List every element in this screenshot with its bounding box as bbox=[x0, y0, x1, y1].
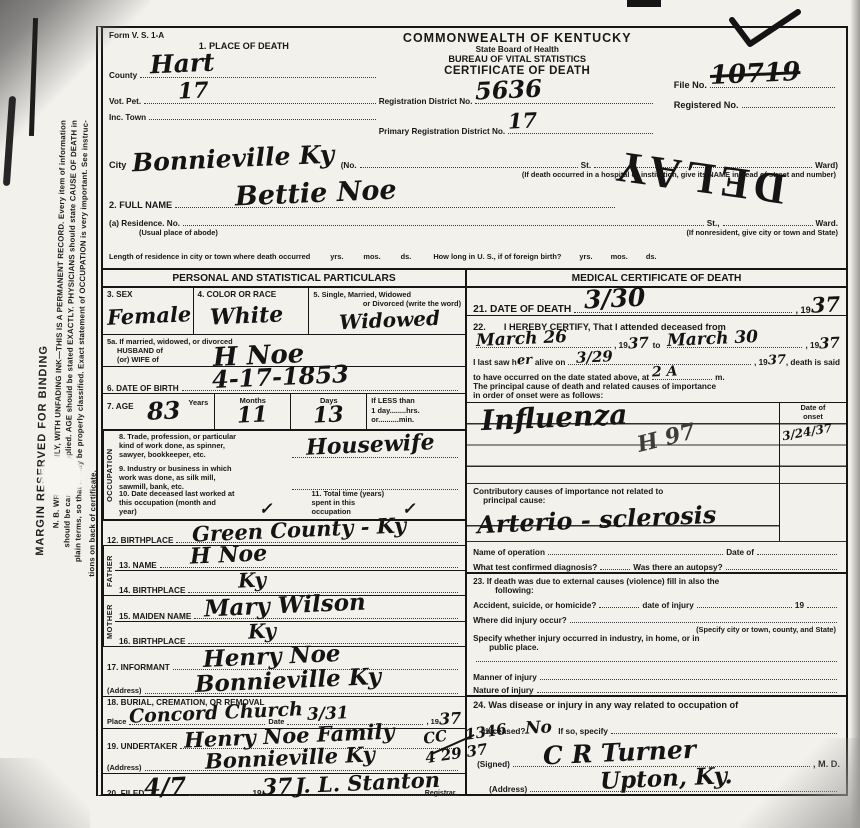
age-label: 7. AGE bbox=[107, 402, 134, 411]
test-autopsy-row: What test confirmed diagnosis? Was there… bbox=[467, 557, 846, 574]
length-mos: mos. bbox=[363, 252, 380, 261]
city-no-fill bbox=[360, 167, 578, 168]
age-months-cell: Months 11 bbox=[215, 394, 291, 428]
father-birthplace-fill: Ky bbox=[188, 571, 458, 593]
total-time-label2: spent in this bbox=[312, 498, 402, 507]
last-worked-label2: this occupation (month and bbox=[119, 498, 259, 507]
registrar-label: Registrar. bbox=[425, 790, 457, 797]
maiden-name-label: 15. MAIDEN NAME bbox=[119, 612, 191, 621]
undertaker-address-label: (Address) bbox=[107, 763, 142, 772]
residence-st-fill bbox=[723, 225, 813, 226]
city-st-label: St. bbox=[581, 161, 591, 170]
registration-district-value: 5636 bbox=[475, 78, 543, 102]
operation-label: Name of operation bbox=[473, 548, 545, 557]
residence-no-fill bbox=[183, 225, 704, 226]
mother-birthplace-value: Ky bbox=[248, 621, 277, 640]
burial-place-fill: Concord Church bbox=[129, 705, 265, 725]
operation-date-label: Date of bbox=[726, 548, 754, 557]
q24-specify-fill bbox=[611, 733, 837, 734]
columns: PERSONAL AND STATISTICAL PARTICULARS 3. … bbox=[103, 270, 846, 794]
age-years-label: Years bbox=[189, 398, 209, 407]
to-label: to bbox=[653, 341, 661, 350]
informant-address-label: (Address) bbox=[107, 686, 142, 695]
sex-cell: 3. SEX Female bbox=[103, 288, 194, 334]
operation-date-fill bbox=[757, 554, 837, 555]
registration-district-fill: 5636 bbox=[475, 79, 652, 104]
contributory-block: Contributory causes of importance not re… bbox=[467, 484, 779, 541]
county-value: Hart bbox=[150, 52, 215, 77]
residence-label: (a) Residence. No. bbox=[109, 219, 180, 228]
state-board-subtitle: State Board of Health bbox=[379, 45, 656, 54]
scan-edge-shadow bbox=[850, 0, 860, 828]
trade-label-2: kind of work done, as spinner, bbox=[119, 441, 289, 450]
where-injury-label: Where did injury occur? bbox=[473, 616, 567, 625]
howlong-mos: mos. bbox=[611, 252, 628, 261]
dob-fill: 4-17-1853 bbox=[182, 366, 458, 391]
external-causes-block: 23. If death was due to external causes … bbox=[467, 574, 846, 667]
full-name-fill: Bettie Noe bbox=[175, 182, 615, 208]
city-value: Bonnieville Ky bbox=[132, 143, 335, 174]
autopsy-fill bbox=[726, 569, 837, 570]
inc-town-label: Inc. Town bbox=[109, 113, 146, 122]
nonresident-note: (If nonresident, give city or town and S… bbox=[686, 228, 838, 237]
father-name-value: H Noe bbox=[189, 544, 267, 567]
howlong-yrs: yrs. bbox=[579, 252, 592, 261]
death-said-text: , death is said bbox=[786, 358, 840, 367]
attended-from-value: March 26 bbox=[476, 330, 568, 349]
informant-address-value: Bonnieville Ky bbox=[194, 666, 381, 695]
date-of-death-value: 3/30 bbox=[584, 287, 646, 312]
primary-registration-value: 17 bbox=[508, 111, 538, 131]
occupation-related-block: 24. Was disease or injury in any way rel… bbox=[467, 697, 846, 742]
residence-row: (a) Residence. No. St., Ward. (Usual pla… bbox=[103, 210, 846, 246]
city-label: City bbox=[109, 160, 126, 170]
nature-row: Nature of injury bbox=[467, 682, 846, 698]
occupation-side-label: OCCUPATION bbox=[103, 431, 115, 519]
manner-row: Manner of injury bbox=[467, 667, 846, 681]
scanned-death-certificate: MARGIN RESERVED FOR BINDING N. B. WRITE … bbox=[0, 0, 860, 828]
color-race-label: 4. COLOR OR RACE bbox=[198, 290, 305, 299]
residence-st-label: St., bbox=[707, 219, 720, 228]
autopsy-label: Was there an autopsy? bbox=[633, 563, 722, 572]
maiden-name-fill: Mary Wilson bbox=[194, 596, 458, 619]
date-of-death-label: 21. DATE OF DEATH bbox=[473, 304, 571, 315]
birthplace-value: Green County - Ky bbox=[192, 516, 407, 544]
age-row: 7. AGE 83 Years Months 11 Days 13 If LES… bbox=[103, 394, 465, 430]
from-year-value: 37 bbox=[628, 336, 649, 350]
last-saw-fill: 3/29 bbox=[568, 351, 751, 366]
full-name-value: Bettie Noe bbox=[235, 178, 398, 209]
trade-row: 8. Trade, profession, or particular kind… bbox=[115, 431, 465, 461]
industry-label-2: work was done, as silk mill, bbox=[119, 473, 289, 482]
check-mark-icon bbox=[726, 6, 804, 52]
age-less-cell: If LESS than 1 day........hrs. or.......… bbox=[367, 394, 465, 428]
primary-registration-label: Primary Registration District No. bbox=[379, 127, 505, 136]
filed-label: 20. FILED bbox=[107, 789, 144, 798]
birthplace-row: 12. BIRTHPLACE Green County - Ky bbox=[103, 521, 465, 546]
place-of-death-block: Form V. S. 1-A 1. PLACE OF DEATH County … bbox=[109, 31, 379, 148]
punch-hole bbox=[38, 452, 86, 500]
length-of-residence-row: Length of residence in city or town wher… bbox=[103, 246, 846, 270]
informant-address-row: (Address) Bonnieville Ky bbox=[103, 672, 465, 697]
color-race-cell: 4. COLOR OR RACE White bbox=[194, 288, 310, 334]
father-block: FATHER 13. NAME H Noe 14. BIRTHPLACE Ky bbox=[103, 546, 465, 596]
mother-side-label: MOTHER bbox=[103, 596, 115, 646]
occurred-text: to have occurred on the date stated abov… bbox=[473, 373, 649, 382]
margin-binding-text: MARGIN RESERVED FOR BINDING bbox=[34, 345, 50, 556]
last-saw-prefix: I last saw h bbox=[473, 358, 517, 367]
industry-label-1: 9. Industry or business in which bbox=[119, 464, 289, 473]
specify-city-note: (Specify city or town, county, and State… bbox=[473, 625, 840, 634]
q23-line2: following: bbox=[473, 586, 840, 595]
filed-fill bbox=[189, 795, 249, 796]
burial-place-label: Place bbox=[107, 717, 126, 726]
q23-line1: 23. If death was due to external causes … bbox=[473, 577, 840, 586]
primary-registration-fill: 17 bbox=[508, 112, 653, 134]
operation-row: Name of operation Date of bbox=[467, 541, 846, 557]
accident-fill bbox=[599, 607, 639, 608]
scan-corner-shadow-bl bbox=[0, 758, 90, 828]
test-label: What test confirmed diagnosis? bbox=[473, 563, 597, 572]
sex-value: Female bbox=[107, 305, 192, 328]
principal-cause-text2: in order of onset were as follows: bbox=[473, 391, 840, 400]
date-of-death-fill: 3/30 bbox=[574, 288, 792, 313]
personal-column: PERSONAL AND STATISTICAL PARTICULARS 3. … bbox=[103, 270, 467, 794]
dod-year-value: 37 bbox=[810, 295, 840, 315]
dod-year-printed: , 19 bbox=[795, 305, 810, 315]
undertaker-address-value: Bonnieville Ky bbox=[204, 745, 375, 771]
where-injury-fill bbox=[570, 622, 837, 623]
public-place-fill bbox=[476, 661, 837, 662]
age-less-label2: 1 day........hrs. bbox=[371, 406, 461, 415]
file-no-value: 10719 bbox=[709, 61, 800, 88]
age-years-cell: 7. AGE 83 Years bbox=[103, 394, 215, 428]
age-years-value: 83 bbox=[147, 400, 181, 423]
scan-artifact-top bbox=[627, 0, 661, 7]
sex-color-marital-row: 3. SEX Female 4. COLOR OR RACE White 5. … bbox=[103, 288, 465, 335]
date-of-death-row: 21. DATE OF DEATH 3/30 , 19 37 bbox=[467, 288, 846, 316]
residence-ward-label: Ward. bbox=[816, 219, 838, 228]
registration-district-label: Registration District No. bbox=[379, 97, 473, 106]
last-saw-year-value: 37 bbox=[768, 355, 787, 367]
length-ds: ds. bbox=[401, 252, 412, 261]
injury-19: 19 bbox=[795, 601, 804, 610]
marital-label-1: 5. Single, Married, Widowed bbox=[313, 290, 461, 299]
city-ward-label: Ward) bbox=[815, 161, 838, 170]
mother-maiden-row: 15. MAIDEN NAME Mary Wilson bbox=[115, 596, 465, 622]
to-year-value: 37 bbox=[819, 336, 840, 350]
onset-value: 3/24/37 bbox=[781, 423, 833, 442]
physician-address-label: (Address) bbox=[489, 785, 527, 794]
test-fill bbox=[600, 569, 630, 570]
last-worked-check: ✓ bbox=[259, 502, 273, 517]
voting-precinct-label: Vot. Pet. bbox=[109, 97, 141, 106]
precinct-fill-line: 17 bbox=[144, 82, 376, 104]
specify-whether-2: public place. bbox=[473, 643, 840, 652]
physician-address-value: Upton, Ky. bbox=[600, 766, 733, 792]
maiden-name-value: Mary Wilson bbox=[204, 592, 367, 620]
length-yrs: yrs. bbox=[330, 252, 343, 261]
full-name-label: 2. FULL NAME bbox=[109, 200, 172, 210]
certificate-frame: Form V. S. 1-A 1. PLACE OF DEATH County … bbox=[96, 26, 848, 796]
county-fill-line: Hart bbox=[140, 53, 376, 78]
physician-signature: C R Turner bbox=[542, 739, 696, 768]
from-fill: March 26 bbox=[476, 332, 611, 348]
medical-column: MEDICAL CERTIFICATE OF DEATH 21. DATE OF… bbox=[467, 270, 846, 794]
filed-date-value: 4/7 bbox=[144, 775, 187, 798]
onset-header-2: onset bbox=[780, 412, 846, 421]
total-time-label1: 11. Total time (years) bbox=[312, 489, 402, 498]
cause-lines: Influenza H 97 bbox=[467, 403, 779, 483]
dob-label: 6. DATE OF BIRTH bbox=[107, 384, 179, 393]
age-days-value: 13 bbox=[313, 405, 344, 426]
file-no-fill: 10719 bbox=[710, 63, 835, 88]
age-months-value: 11 bbox=[237, 405, 268, 426]
sex-label: 3. SEX bbox=[107, 290, 189, 299]
filed-row: 20. FILED 4/7 19 37 J. L. Stanton Regist… bbox=[103, 774, 465, 798]
scan-artifact-bar bbox=[29, 18, 38, 136]
inc-town-fill-line bbox=[149, 119, 376, 120]
father-birthplace-value: Ky bbox=[238, 570, 267, 589]
father-name-row: 13. NAME H Noe bbox=[115, 546, 465, 571]
to-fill: March 30 bbox=[667, 332, 802, 348]
occurred-time-value: 2 A bbox=[652, 366, 678, 380]
principal-cause-text1: The principal cause of death and related… bbox=[473, 382, 840, 391]
margin-note-line4: tions on back of certificate. bbox=[87, 470, 98, 577]
length-label: Length of residence in city or town wher… bbox=[109, 252, 310, 261]
commonwealth-block: COMMONWEALTH OF KENTUCKY State Board of … bbox=[379, 31, 656, 148]
contributory-area: Contributory causes of importance not re… bbox=[467, 483, 846, 541]
contributory-label-1: Contributory causes of importance not re… bbox=[467, 484, 779, 496]
age-less-label1: If LESS than bbox=[371, 396, 461, 405]
abode-note: (Usual place of abode) bbox=[139, 228, 218, 237]
personal-title: PERSONAL AND STATISTICAL PARTICULARS bbox=[103, 270, 465, 288]
certify-block: 22. I HEREBY CERTIFY, That I attended de… bbox=[467, 316, 846, 403]
burial-year-printed: , 19 bbox=[426, 717, 438, 726]
scan-artifact-smudge bbox=[3, 96, 16, 186]
cc-note-line1: CC bbox=[422, 729, 448, 746]
dob-value: 4-17-1853 bbox=[211, 363, 349, 391]
registered-no-fill bbox=[742, 107, 835, 108]
precinct-value: 17 bbox=[178, 81, 209, 102]
howlong-label: How long in U. S., if of foreign birth? bbox=[433, 252, 561, 261]
dob-row: 6. DATE OF BIRTH 4-17-1853 bbox=[103, 367, 465, 394]
last-saw-mid: alive on bbox=[535, 358, 566, 367]
mother-birthplace-label: 16. BIRTHPLACE bbox=[119, 637, 185, 646]
contributory-onset-spacer bbox=[779, 484, 846, 541]
signed-label: (Signed) bbox=[477, 760, 510, 769]
trade-fill: Housewife bbox=[292, 436, 458, 458]
date-injury-fill bbox=[697, 607, 792, 608]
father-name-label: 13. NAME bbox=[119, 561, 157, 570]
last-saw-her: er bbox=[517, 355, 533, 367]
accident-label: Accident, suicide, or homicide? bbox=[473, 601, 596, 610]
commonwealth-title: COMMONWEALTH OF KENTUCKY bbox=[379, 31, 656, 45]
onset-header-1: Date of bbox=[780, 403, 846, 412]
burial-year-value: 37 bbox=[439, 712, 462, 727]
filed-year-printed: 19 bbox=[252, 789, 261, 798]
manner-label: Manner of injury bbox=[473, 673, 537, 682]
marital-value: Widowed bbox=[339, 308, 441, 330]
trade-value: Housewife bbox=[306, 433, 435, 458]
howlong-ds: ds. bbox=[646, 252, 657, 261]
last-worked-label3: year) bbox=[119, 507, 259, 516]
trade-label-1: 8. Trade, profession, or particular bbox=[119, 432, 289, 441]
q24-answer-value: No bbox=[525, 720, 553, 736]
nature-label: Nature of injury bbox=[473, 686, 534, 695]
q24-ifso-label: If so, specify bbox=[558, 727, 608, 736]
last-worked-label1: 10. Date deceased last worked at bbox=[119, 489, 259, 498]
registered-no-label: Registered No. bbox=[674, 100, 739, 110]
last-saw-value: 3/29 bbox=[576, 350, 613, 365]
marital-cell: 5. Single, Married, Widowed or Divorced … bbox=[309, 288, 465, 334]
county-label: County bbox=[109, 71, 137, 80]
cause-area: Influenza H 97 Date of onset 3/24/37 bbox=[467, 403, 846, 483]
contributory-value: Arterio - sclerosis bbox=[477, 503, 717, 535]
last-worked-row: 10. Date deceased last worked at this oc… bbox=[115, 493, 465, 519]
attended-to-value: March 30 bbox=[667, 330, 759, 349]
occupation-block: OCCUPATION 8. Trade, profession, or part… bbox=[103, 431, 465, 521]
scan-corner-shadow-br bbox=[740, 738, 860, 828]
occurred-fill: 2 A bbox=[652, 366, 712, 380]
cause-code: H 97 bbox=[636, 422, 698, 455]
to-year-printed: , 19 bbox=[805, 341, 819, 350]
father-name-fill: H Noe bbox=[160, 546, 458, 568]
onset-column: Date of onset 3/24/37 bbox=[779, 403, 846, 483]
birthplace-fill: Green County - Ky bbox=[176, 521, 458, 543]
from-year-printed: , 19 bbox=[614, 341, 628, 350]
last-worked-cell: 10. Date deceased last worked at this oc… bbox=[115, 493, 308, 519]
specify-whether-1: Specify whether injury occurred in indus… bbox=[473, 634, 840, 643]
age-days-cell: Days 13 bbox=[291, 394, 367, 428]
occurred-m-label: m. bbox=[715, 373, 725, 382]
manner-fill bbox=[540, 679, 837, 680]
city-no-paren: (No. bbox=[341, 161, 357, 170]
registrar-signature: J. L. Stanton bbox=[295, 770, 441, 795]
filed-year-value: 37 bbox=[261, 777, 292, 798]
medical-title: MEDICAL CERTIFICATE OF DEATH bbox=[467, 270, 846, 288]
mother-block: MOTHER 15. MAIDEN NAME Mary Wilson 16. B… bbox=[103, 596, 465, 647]
age-less-label3: or..........min. bbox=[371, 415, 461, 424]
father-side-label: FATHER bbox=[103, 546, 115, 595]
nature-fill bbox=[537, 692, 837, 693]
file-no-label: File No. bbox=[674, 80, 707, 90]
trade-label-3: sawyer, bookkeeper, etc. bbox=[119, 450, 289, 459]
q24-line1: 24. Was disease or injury in any way rel… bbox=[473, 700, 840, 710]
last-saw-year-printed: , 19 bbox=[754, 358, 768, 367]
form-number: Form V. S. 1-A bbox=[109, 31, 379, 40]
father-birthplace-label: 14. BIRTHPLACE bbox=[119, 586, 185, 595]
informant-address-fill: Bonnieville Ky bbox=[145, 671, 459, 694]
operation-fill bbox=[548, 554, 723, 555]
industry-row: 9. Industry or business in which work wa… bbox=[115, 461, 465, 493]
cause-value: Influenza bbox=[481, 402, 628, 434]
injury-year-fill bbox=[807, 607, 837, 608]
bureau-subtitle: BUREAU OF VITAL STATISTICS bbox=[379, 54, 656, 64]
birthplace-label: 12. BIRTHPLACE bbox=[107, 536, 173, 545]
date-injury-label: date of injury bbox=[642, 601, 693, 610]
color-race-value: White bbox=[209, 305, 283, 328]
